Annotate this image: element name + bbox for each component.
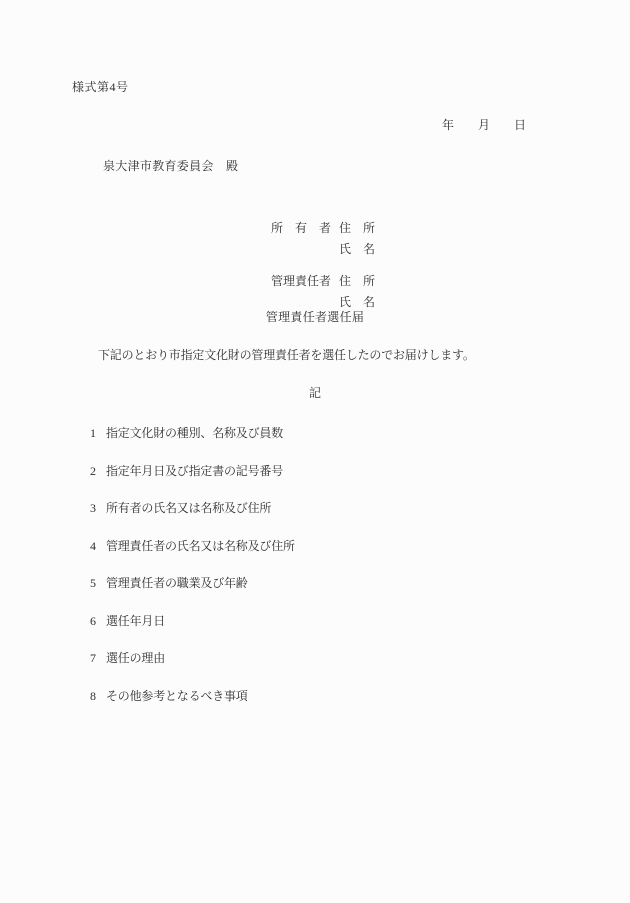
manager-address-label: 住 所 (339, 274, 375, 288)
item-text: 指定年月日及び指定書の記号番号 (106, 465, 283, 478)
item-text: 管理責任者の氏名又は名称及び住所 (106, 540, 295, 553)
list-item: 8 その他参考となるべき事項 (90, 690, 295, 703)
manager-address-line: 管理責任者住 所 (253, 250, 375, 271)
item-text: 選任の理由 (106, 652, 165, 665)
date-line: 年 月 日 (442, 119, 526, 132)
addressee: 泉大津市教育委員会 殿 (103, 160, 238, 173)
list-item: 3 所有者の氏名又は名称及び住所 (90, 502, 295, 515)
item-text: 所有者の氏名又は名称及び住所 (106, 502, 271, 515)
item-number: 1 (90, 427, 106, 440)
item-text: 指定文化財の種別、名称及び員数 (106, 427, 283, 440)
owner-label: 所 有 者 (271, 218, 339, 239)
list-item: 5 管理責任者の職業及び年齢 (90, 577, 295, 590)
list-item: 1 指定文化財の種別、名称及び員数 (90, 427, 295, 440)
item-number: 8 (90, 690, 106, 703)
item-number: 6 (90, 615, 106, 628)
owner-block: 所 有 者住 所 氏 名 (253, 197, 375, 239)
item-number: 4 (90, 540, 106, 553)
manager-label: 管理責任者 (271, 271, 339, 292)
body-paragraph: 下記のとおり市指定文化財の管理責任者を選任したのでお届けします。 (98, 349, 475, 362)
form-number: 様式第4号 (72, 81, 129, 94)
list-item: 2 指定年月日及び指定書の記号番号 (90, 465, 295, 478)
item-text: 選任年月日 (106, 615, 165, 628)
document-page: 様式第4号 年 月 日 泉大津市教育委員会 殿 所 有 者住 所 氏 名 管理責… (0, 0, 630, 903)
list-item: 4 管理責任者の氏名又は名称及び住所 (90, 540, 295, 553)
owner-address-line: 所 有 者住 所 (253, 197, 375, 218)
item-number: 5 (90, 577, 106, 590)
list-header: 記 (0, 387, 630, 400)
item-number: 7 (90, 652, 106, 665)
item-number: 3 (90, 502, 106, 515)
item-list: 1 指定文化財の種別、名称及び員数 2 指定年月日及び指定書の記号番号 3 所有… (90, 427, 295, 703)
item-number: 2 (90, 465, 106, 478)
item-text: その他参考となるべき事項 (106, 690, 248, 703)
owner-address-label: 住 所 (339, 221, 375, 235)
document-title: 管理責任者選任届 (0, 311, 630, 324)
manager-name-label: 氏 名 (339, 295, 375, 309)
item-text: 管理責任者の職業及び年齢 (106, 577, 248, 590)
list-item: 6 選任年月日 (90, 615, 295, 628)
list-item: 7 選任の理由 (90, 652, 295, 665)
manager-block: 管理責任者住 所 氏 名 (253, 250, 375, 292)
